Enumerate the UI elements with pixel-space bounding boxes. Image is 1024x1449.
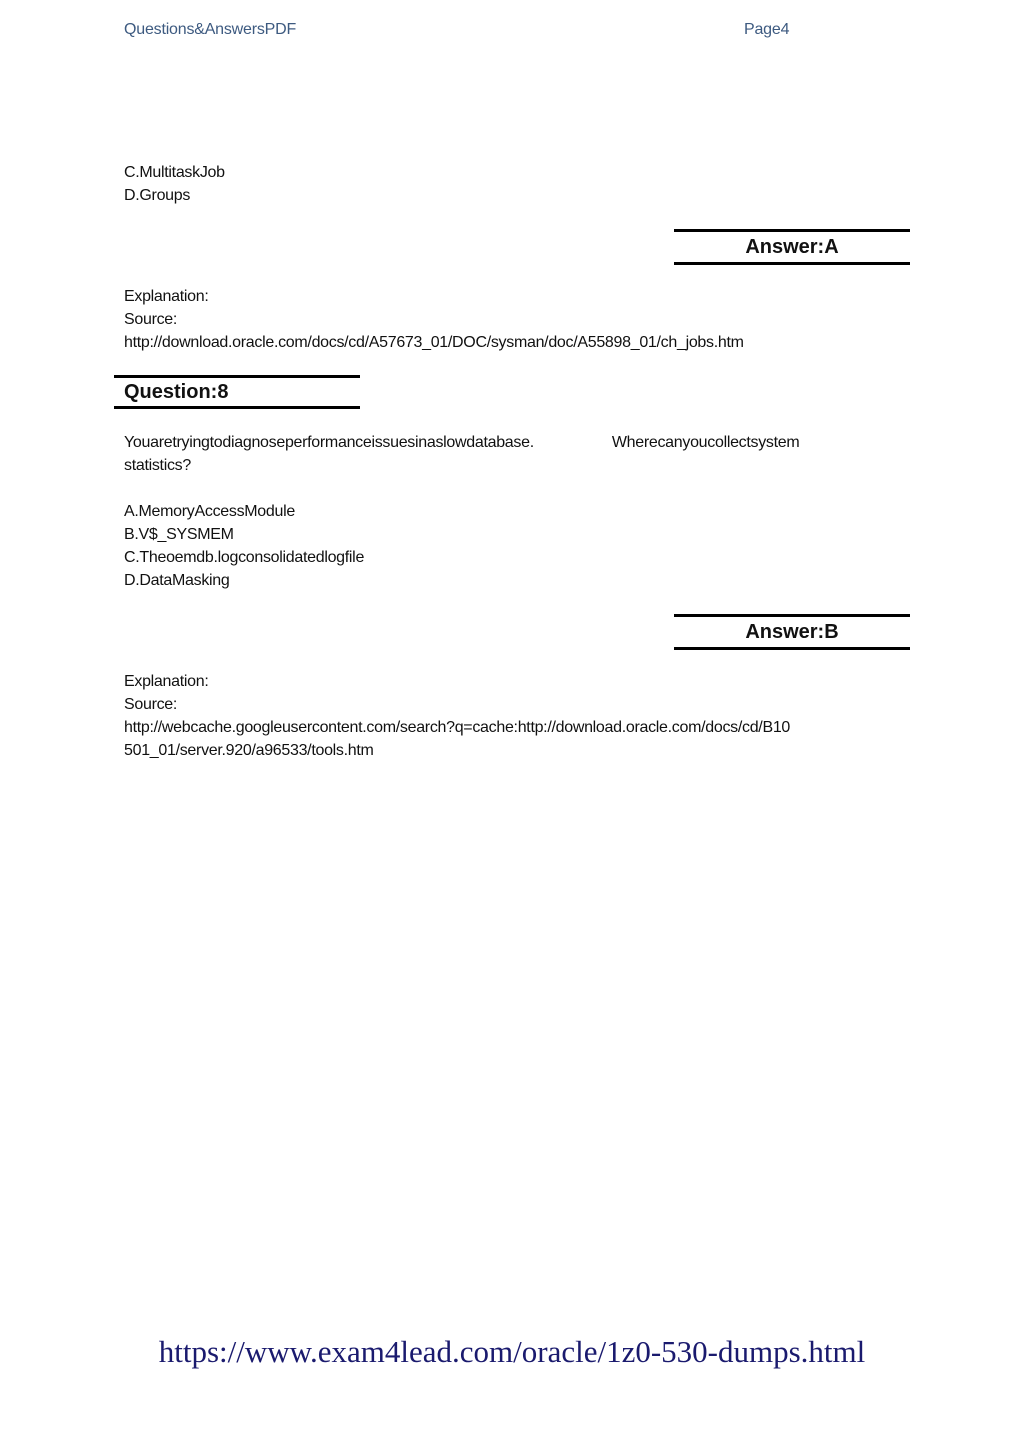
question-heading: Question:8 (114, 375, 360, 409)
question-text-part1: Youaretryingtodiagnoseperformanceissuesi… (124, 434, 534, 451)
answer-badge: Answer:A (674, 229, 910, 265)
explanation-label: Explanation: (124, 670, 208, 693)
header-title: Questions&AnswersPDF (124, 21, 296, 39)
option-d: D.Groups (124, 184, 190, 207)
question-text: Youaretryingtodiagnoseperformanceissuesi… (124, 431, 799, 454)
question-text-part2: Wherecanyoucollectsystem (612, 434, 800, 451)
footer-link[interactable]: https://www.exam4lead.com/oracle/1z0-530… (0, 1334, 1024, 1370)
source-label: Source: (124, 308, 177, 331)
source-url-line1[interactable]: http://webcache.googleusercontent.com/se… (124, 716, 790, 739)
source-url-line2[interactable]: 501_01/server.920/a96533/tools.htm (124, 739, 374, 762)
page-number: Page4 (744, 21, 789, 39)
option-b: B.V$_SYSMEM (124, 523, 234, 546)
source-url[interactable]: http://download.oracle.com/docs/cd/A5767… (124, 331, 744, 354)
question-text-line2: statistics? (124, 454, 191, 477)
option-c: C.MultitaskJob (124, 161, 225, 184)
answer-badge: Answer:B (674, 614, 910, 650)
option-d: D.DataMasking (124, 569, 229, 592)
source-label: Source: (124, 693, 177, 716)
option-a: A.MemoryAccessModule (124, 500, 295, 523)
option-c: C.Theoemdb.logconsolidatedlogfile (124, 546, 364, 569)
explanation-label: Explanation: (124, 285, 208, 308)
